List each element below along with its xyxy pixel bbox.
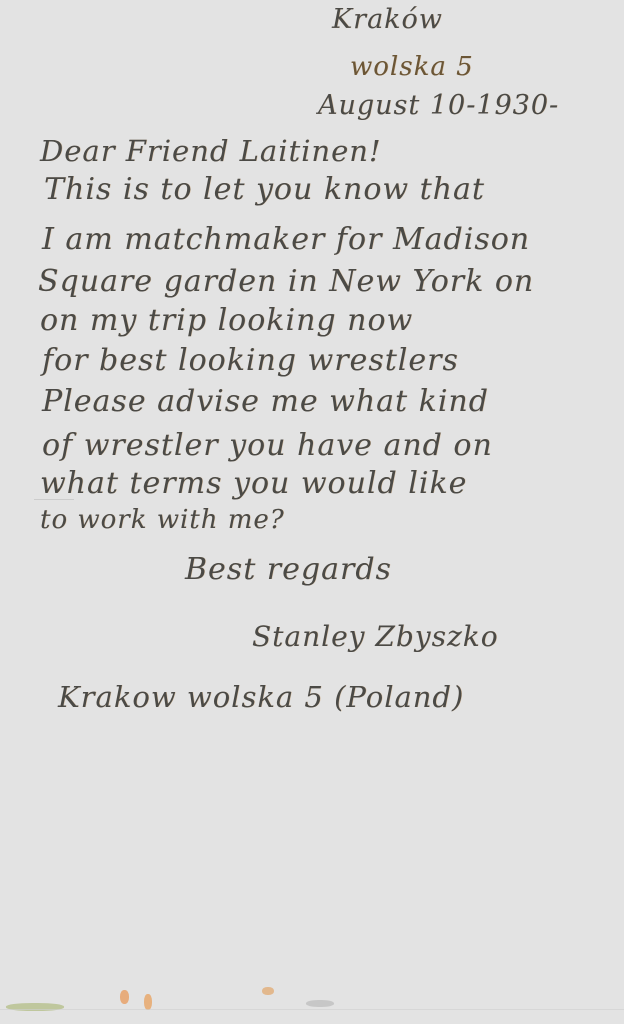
stain xyxy=(262,987,274,995)
signature-address: Krakow wolska 5 (Poland) xyxy=(58,680,464,714)
body-line: This is to let you know that xyxy=(44,172,485,207)
faint-underline xyxy=(34,499,74,500)
body-line: Please advise me what kind xyxy=(42,384,489,419)
stain xyxy=(306,1000,334,1007)
salutation: Dear Friend Laitinen! xyxy=(40,134,382,168)
body-line: for best looking wrestlers xyxy=(42,343,459,378)
header-date: August 10-1930- xyxy=(318,90,559,121)
stain xyxy=(120,990,129,1004)
header-city: Kraków xyxy=(332,4,443,35)
body-line: Square garden in New York on xyxy=(38,264,534,299)
body-line: on my trip looking now xyxy=(40,303,413,338)
body-line: what terms you would like xyxy=(40,466,467,501)
signature: Stanley Zbyszko xyxy=(252,620,499,653)
header-street: wolska 5 xyxy=(350,52,474,82)
bottom-edge-line xyxy=(0,1009,624,1010)
body-line: to work with me? xyxy=(40,505,285,535)
body-line: of wrestler you have and on xyxy=(42,428,493,463)
closing: Best regards xyxy=(185,552,392,587)
stain xyxy=(144,994,152,1010)
letter-page: Kraków wolska 5 August 10-1930- Dear Fri… xyxy=(0,0,624,1024)
body-line: I am matchmaker for Madison xyxy=(42,222,530,257)
